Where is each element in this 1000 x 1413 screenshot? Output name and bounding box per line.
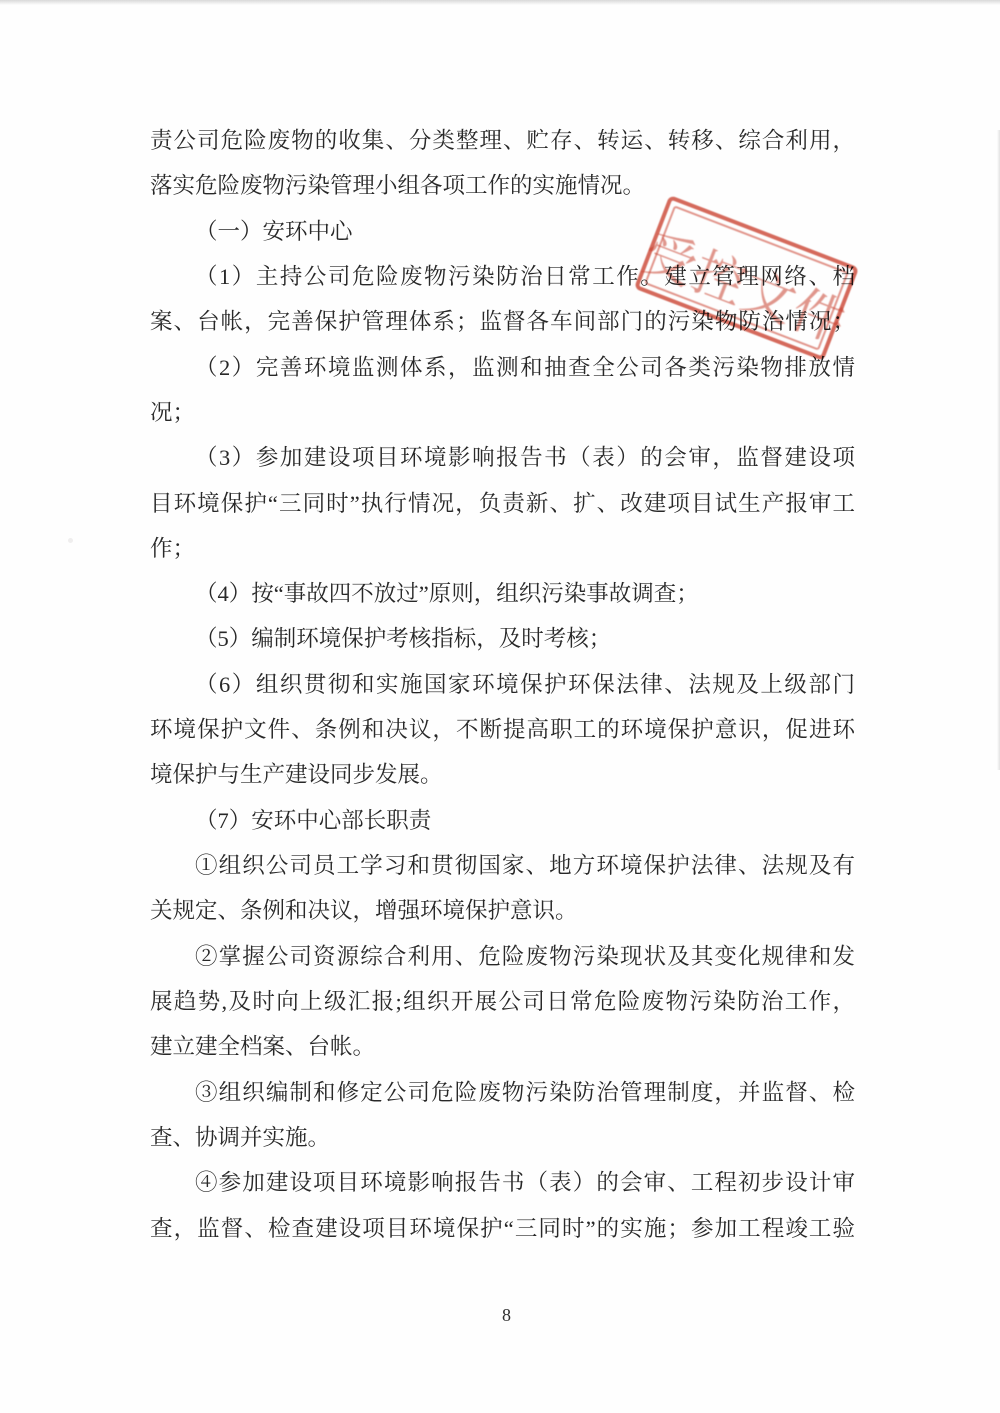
text-line-11: （4）按“事故四不放过”原则，组织污染事故调查； <box>150 571 855 616</box>
text-line-2: 落实危险废物污染管理小组各项工作的实施情况。 <box>150 163 855 208</box>
text-line-1: 责公司危险废物的收集、分类整理、贮存、转运、转移、综合利用， <box>150 118 855 163</box>
text-line-13: （6）组织贯彻和实施国家环境保护环保法律、法规及上级部门 <box>150 662 855 707</box>
page-number: 8 <box>0 1305 1000 1326</box>
text-line-16: （7）安环中心部长职责 <box>150 798 855 843</box>
text-line-25: 查，监督、检查建设项目环境保护“三同时”的实施；参加工程竣工验 <box>150 1206 855 1251</box>
text-line-21: 建立建全档案、台帐。 <box>150 1024 855 1069</box>
text-line-19: ②掌握公司资源综合利用、危险废物污染现状及其变化规律和发 <box>150 934 855 979</box>
text-line-10: 作； <box>150 526 855 571</box>
text-line-14: 环境保护文件、条例和决议，不断提高职工的环境保护意识，促进环 <box>150 707 855 752</box>
text-line-8: （3）参加建设项目环境影响报告书（表）的会审，监督建设项 <box>150 435 855 480</box>
text-line-18: 关规定、条例和决议，增强环境保护意识。 <box>150 888 855 933</box>
text-line-15: 境保护与生产建设同步发展。 <box>150 752 855 797</box>
text-line-22: ③组织编制和修定公司危险废物污染防治管理制度，并监督、检 <box>150 1070 855 1115</box>
text-line-20: 展趋势,及时向上级汇报;组织开展公司日常危险废物污染防治工作， <box>150 979 855 1024</box>
scanned-document-page: 责公司危险废物的收集、分类整理、贮存、转运、转移、综合利用，落实危险废物污染管理… <box>0 0 1000 1413</box>
scan-speck <box>68 538 73 543</box>
text-line-12: （5）编制环境保护考核指标，及时考核； <box>150 616 855 661</box>
text-line-9: 目环境保护“三同时”执行情况，负责新、扩、改建项目试生产报审工 <box>150 481 855 526</box>
text-line-24: ④参加建设项目环境影响报告书（表）的会审、工程初步设计审 <box>150 1160 855 1205</box>
scan-edge-top <box>0 0 1000 5</box>
text-line-6: （2）完善环境监测体系，监测和抽查全公司各类污染物排放情 <box>150 345 855 390</box>
text-line-23: 查、协调并实施。 <box>150 1115 855 1160</box>
text-line-7: 况； <box>150 390 855 435</box>
text-line-17: ①组织公司员工学习和贯彻国家、地方环境保护法律、法规及有 <box>150 843 855 888</box>
